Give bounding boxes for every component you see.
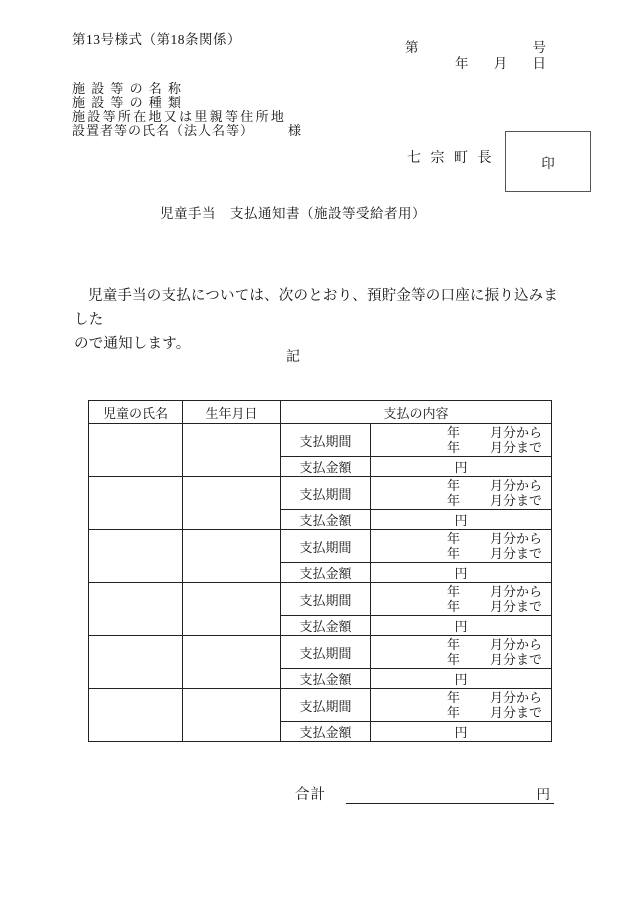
total-unit-label: 円 xyxy=(537,787,551,802)
document-title: 児童手当 支払通知書（施設等受給者用） xyxy=(0,202,586,222)
recipient-facility-type-label: 施設等の種類 xyxy=(72,96,301,110)
notice-body-line-1: 児童手当の支払については、次のとおり、預貯金等の口座に振り込みました xyxy=(74,284,560,332)
payment-period-value-cell: 年 月分から 年 月分まで xyxy=(371,424,552,457)
header-child-name: 児童の氏名 xyxy=(89,401,183,424)
payment-period-value-cell: 年 月分から 年 月分まで xyxy=(371,689,552,722)
child-name-cell xyxy=(89,636,183,689)
form-number: 第13号様式（第18条関係） xyxy=(72,28,241,48)
period-to-year-label: 年 xyxy=(447,493,460,508)
total-label: 合計 xyxy=(295,787,326,804)
period-from-line: 年 月分から xyxy=(371,478,551,493)
child-name-cell xyxy=(89,424,183,477)
period-from-line: 年 月分から xyxy=(371,531,551,546)
payment-period-value-cell: 年 月分から 年 月分まで xyxy=(371,530,552,563)
period-to-suffix-label: 月分まで xyxy=(490,493,542,508)
period-from-line: 年 月分から xyxy=(371,690,551,705)
payment-period-label: 支払期間 xyxy=(281,477,371,510)
period-from-year-label: 年 xyxy=(447,584,460,599)
payment-period-label: 支払期間 xyxy=(281,636,371,669)
payment-period-value-cell: 年 月分から 年 月分まで xyxy=(371,636,552,669)
period-from-year-label: 年 xyxy=(447,690,460,705)
payment-amount-label: 支払金額 xyxy=(281,722,371,742)
payment-period-label: 支払期間 xyxy=(281,424,371,457)
birth-date-cell xyxy=(183,689,281,742)
birth-date-cell xyxy=(183,530,281,583)
period-to-line: 年 月分まで xyxy=(371,440,551,455)
honorific-label: 様 xyxy=(288,123,301,138)
child-name-cell xyxy=(89,583,183,636)
payment-period-label: 支払期間 xyxy=(281,530,371,563)
payment-table: 児童の氏名 生年月日 支払の内容 支払期間 年 月分から 年 月分まで 支払金額 xyxy=(88,400,552,742)
seal-box: 印 xyxy=(505,131,591,192)
period-from-suffix-label: 月分から xyxy=(490,425,542,440)
payment-period-value-cell: 年 月分から 年 月分まで xyxy=(371,477,552,510)
document-page: 第13号様式（第18条関係） 第 号 年 月 日 施設等の名称 施設等の種類 施… xyxy=(0,0,630,903)
total-row: 合計 円 xyxy=(295,787,554,804)
seal-placeholder: 印 xyxy=(541,152,555,172)
payment-amount-unit-cell: 円 xyxy=(371,722,552,742)
period-from-line: 年 月分から xyxy=(371,425,551,440)
payment-amount-label: 支払金額 xyxy=(281,510,371,530)
payment-period-row: 支払期間 年 月分から 年 月分まで xyxy=(89,583,552,616)
payment-period-value-cell: 年 月分から 年 月分まで xyxy=(371,583,552,616)
header-birth-date: 生年月日 xyxy=(183,401,281,424)
date-year-label: 年 xyxy=(455,52,469,72)
payment-period-label: 支払期間 xyxy=(281,583,371,616)
payment-period-row: 支払期間 年 月分から 年 月分まで xyxy=(89,477,552,510)
table-header-row: 児童の氏名 生年月日 支払の内容 xyxy=(89,401,552,424)
period-to-year-label: 年 xyxy=(447,440,460,455)
payment-amount-unit-cell: 円 xyxy=(371,510,552,530)
period-from-line: 年 月分から xyxy=(371,637,551,652)
period-to-suffix-label: 月分まで xyxy=(490,652,542,667)
recipient-facility-name-label: 施設等の名称 xyxy=(72,82,301,96)
total-amount-blank: 円 xyxy=(346,787,554,804)
period-to-suffix-label: 月分まで xyxy=(490,599,542,614)
payment-amount-unit-cell: 円 xyxy=(371,563,552,583)
payment-amount-label: 支払金額 xyxy=(281,616,371,636)
period-to-year-label: 年 xyxy=(447,652,460,667)
period-from-year-label: 年 xyxy=(447,637,460,652)
mayor-title: 七宗町長 xyxy=(407,147,501,167)
period-to-suffix-label: 月分まで xyxy=(490,705,542,720)
header-payment-details: 支払の内容 xyxy=(281,401,552,424)
child-name-cell xyxy=(89,689,183,742)
payment-period-row: 支払期間 年 月分から 年 月分まで xyxy=(89,689,552,722)
birth-date-cell xyxy=(183,636,281,689)
period-to-line: 年 月分まで xyxy=(371,599,551,614)
period-to-year-label: 年 xyxy=(447,705,460,720)
birth-date-cell xyxy=(183,424,281,477)
payment-period-row: 支払期間 年 月分から 年 月分まで xyxy=(89,530,552,563)
payment-table-body: 児童の氏名 生年月日 支払の内容 支払期間 年 月分から 年 月分まで 支払金額 xyxy=(89,401,552,742)
period-from-suffix-label: 月分から xyxy=(490,584,542,599)
child-name-cell xyxy=(89,477,183,530)
date-month-label: 月 xyxy=(494,52,508,72)
doc-number-prefix-label: 第 xyxy=(405,36,419,56)
payment-amount-label: 支払金額 xyxy=(281,563,371,583)
period-from-line: 年 月分から xyxy=(371,584,551,599)
period-to-suffix-label: 月分まで xyxy=(490,546,542,561)
recipient-address-label: 施設等所在地又は里親等住所地 xyxy=(72,110,301,124)
child-name-cell xyxy=(89,530,183,583)
payment-period-row: 支払期間 年 月分から 年 月分まで xyxy=(89,424,552,457)
period-from-suffix-label: 月分から xyxy=(490,690,542,705)
birth-date-cell xyxy=(183,477,281,530)
date-line: 年 月 日 xyxy=(455,52,546,72)
period-to-line: 年 月分まで xyxy=(371,652,551,667)
period-from-suffix-label: 月分から xyxy=(490,531,542,546)
recipient-founder-name-label: 設置者等の氏名（法人名等） xyxy=(72,123,254,138)
period-to-line: 年 月分まで xyxy=(371,493,551,508)
period-from-year-label: 年 xyxy=(447,531,460,546)
period-to-year-label: 年 xyxy=(447,546,460,561)
record-marker: 記 xyxy=(0,346,586,366)
date-day-label: 日 xyxy=(533,52,547,72)
period-to-line: 年 月分まで xyxy=(371,546,551,561)
payment-amount-unit-cell: 円 xyxy=(371,669,552,689)
period-from-year-label: 年 xyxy=(447,425,460,440)
payment-amount-label: 支払金額 xyxy=(281,457,371,477)
payment-amount-unit-cell: 円 xyxy=(371,457,552,477)
period-to-line: 年 月分まで xyxy=(371,705,551,720)
payment-period-label: 支払期間 xyxy=(281,689,371,722)
recipient-founder-line: 設置者等の氏名（法人名等）様 xyxy=(72,124,301,138)
payment-amount-unit-cell: 円 xyxy=(371,616,552,636)
payment-period-row: 支払期間 年 月分から 年 月分まで xyxy=(89,636,552,669)
birth-date-cell xyxy=(183,583,281,636)
period-from-year-label: 年 xyxy=(447,478,460,493)
recipient-block: 施設等の名称 施設等の種類 施設等所在地又は里親等住所地 設置者等の氏名（法人名… xyxy=(72,82,301,138)
period-from-suffix-label: 月分から xyxy=(490,478,542,493)
period-from-suffix-label: 月分から xyxy=(490,637,542,652)
period-to-year-label: 年 xyxy=(447,599,460,614)
payment-amount-label: 支払金額 xyxy=(281,669,371,689)
period-to-suffix-label: 月分まで xyxy=(490,440,542,455)
